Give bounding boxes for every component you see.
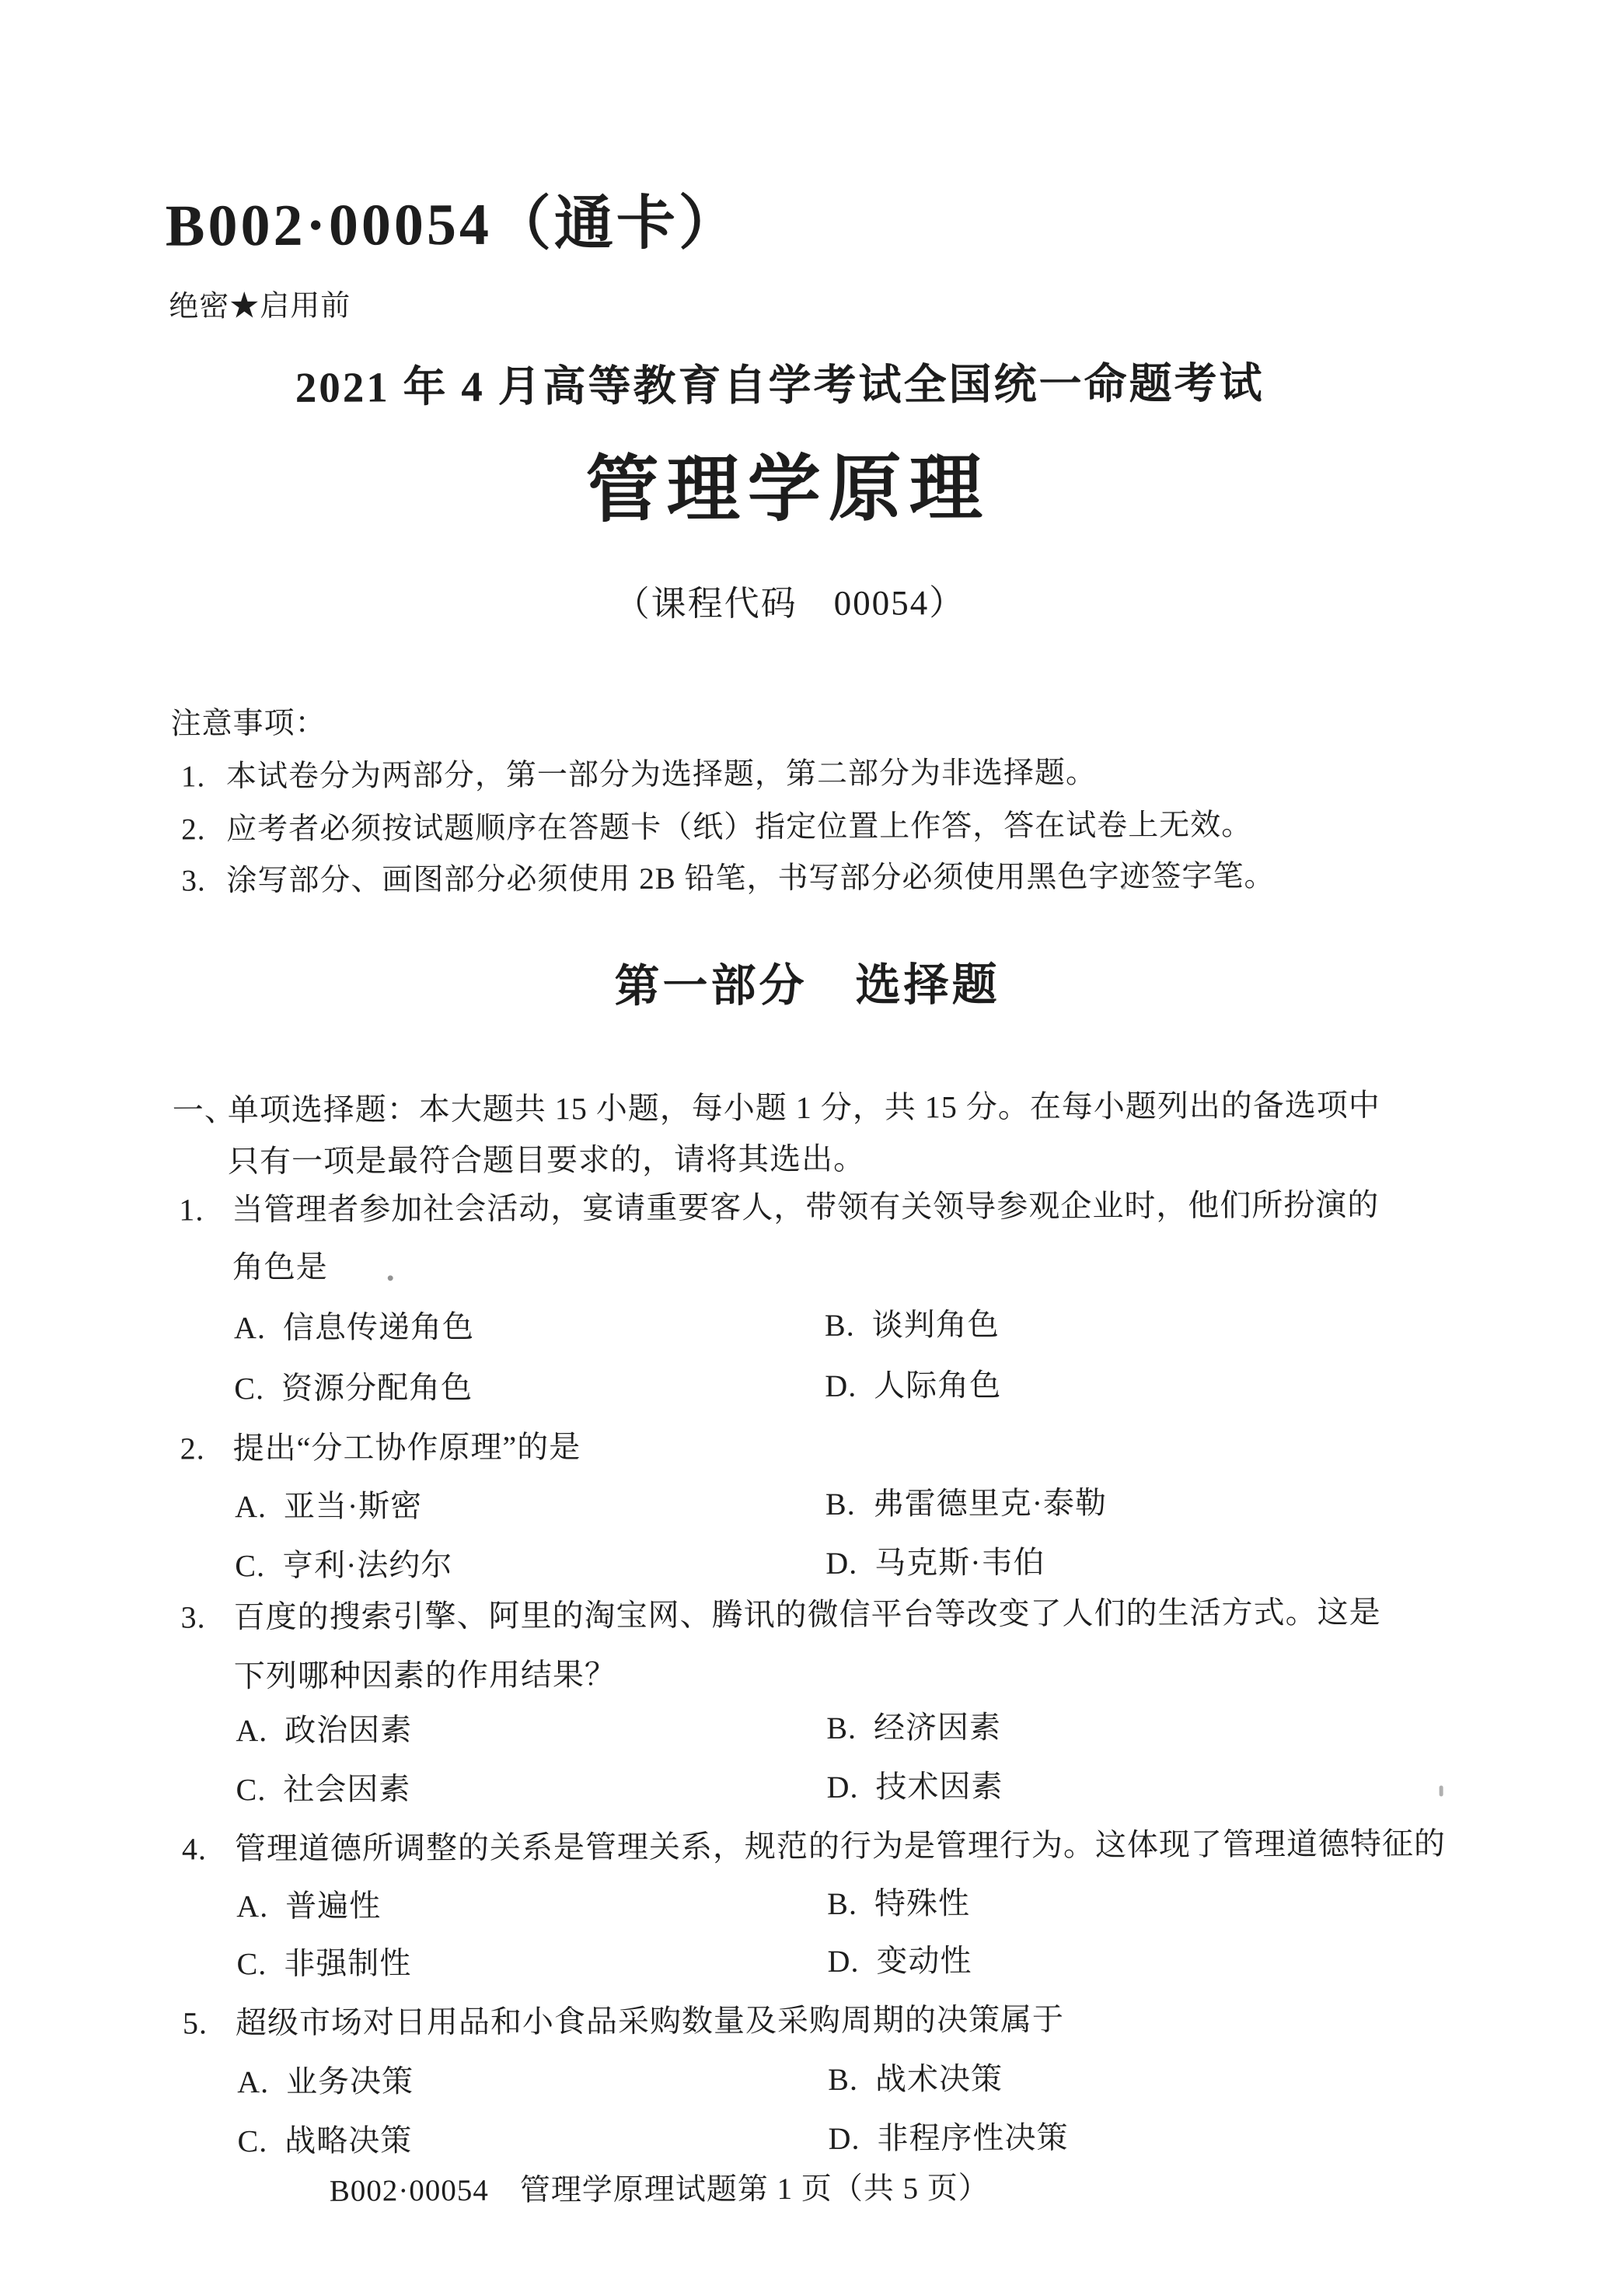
option-label: D. xyxy=(826,1770,858,1805)
scanned-sheet: B002·00054（通卡） 绝密★启用前 2021 年 4 月高等教育自学考试… xyxy=(0,0,1616,2296)
option-text: 变动性 xyxy=(876,1943,972,1979)
notice-heading: 注意事项： xyxy=(171,705,326,744)
option-text: 战术决策 xyxy=(875,2061,1003,2097)
option-label: A. xyxy=(236,1713,267,1748)
option-d: D.非程序性决策 xyxy=(828,2119,1068,2158)
option-label: A. xyxy=(236,1889,268,1924)
option-a: A.普遍性 xyxy=(236,1886,381,1926)
option-text: 政治因素 xyxy=(284,1712,412,1748)
question-number: 4. xyxy=(182,1829,207,1868)
option-label: D. xyxy=(827,1944,859,1979)
section-number: 一、 xyxy=(173,1091,236,1130)
option-label: D. xyxy=(828,2121,860,2156)
option-text: 亨利·法约尔 xyxy=(282,1547,453,1583)
option-text: 经济因素 xyxy=(874,1710,1001,1746)
option-text: 社会因素 xyxy=(283,1771,410,1807)
option-d: D.马克斯·韦伯 xyxy=(825,1543,1045,1583)
question-stem-text: 百度的搜索引擎、阿里的淘宝网、腾讯的微信平台等改变了人们的生活方式。这是 xyxy=(234,1593,1381,1637)
notice-item-text: 应考者必须按试题顺序在答题卡（纸）指定位置上作答，答在试卷上无效。 xyxy=(226,807,1252,850)
option-text: 人际角色 xyxy=(874,1368,1001,1403)
option-text: 特殊性 xyxy=(874,1885,970,1921)
option-c: C.社会因素 xyxy=(236,1770,410,1809)
option-b: B.经济因素 xyxy=(826,1708,1001,1748)
question-number: 5. xyxy=(183,2004,208,2043)
option-a: A.政治因素 xyxy=(236,1711,412,1750)
option-label: C. xyxy=(236,1946,267,1981)
option-a: A.信息传递角色 xyxy=(234,1308,474,1347)
exam-paper-page: B002·00054（通卡） 绝密★启用前 2021 年 4 月高等教育自学考试… xyxy=(0,0,1616,2296)
scan-speckle xyxy=(1122,885,1126,889)
option-b: B.战术决策 xyxy=(828,2060,1003,2099)
option-text: 业务决策 xyxy=(286,2064,414,2099)
page-footer: B002·00054 管理学原理试题第 1 页（共 5 页） xyxy=(330,2170,989,2210)
option-label: C. xyxy=(234,1371,264,1406)
option-text: 非程序性决策 xyxy=(877,2120,1068,2156)
notice-item-text: 涂写部分、画图部分必须使用 2B 铅笔，书写部分必须使用黑色字迹签字笔。 xyxy=(226,858,1275,900)
option-label: C. xyxy=(237,2123,267,2158)
option-c: C.非强制性 xyxy=(236,1944,411,1983)
option-b: B.特殊性 xyxy=(827,1884,970,1924)
section-intro-text: 单项选择题：本大题共 15 小题，每小题 1 分，共 15 分。在每小题列出的备… xyxy=(228,1086,1380,1130)
option-label: B. xyxy=(827,1886,857,1921)
option-c: C.战略决策 xyxy=(237,2121,412,2161)
option-text: 信息传递角色 xyxy=(283,1309,474,1345)
question-stem-text: 下列哪种因素的作用结果？ xyxy=(234,1655,616,1696)
option-a: A.业务决策 xyxy=(237,2062,414,2102)
question-stem-text: 管理道德所调整的关系是管理关系，规范的行为是管理行为。这体现了管理道德特征的 xyxy=(235,1824,1446,1868)
scan-speckle xyxy=(1440,1785,1443,1796)
option-label: C. xyxy=(236,1772,266,1807)
option-label: D. xyxy=(825,1546,857,1581)
option-text: 亚当·斯密 xyxy=(284,1488,423,1524)
option-label: B. xyxy=(825,1487,856,1522)
option-label: B. xyxy=(828,2062,858,2097)
option-label: A. xyxy=(234,1310,266,1345)
question-number: 3. xyxy=(181,1598,206,1637)
option-text: 弗雷德里克·泰勒 xyxy=(873,1485,1108,1521)
option-b: B.谈判角色 xyxy=(825,1305,1000,1345)
option-text: 技术因素 xyxy=(875,1769,1003,1805)
option-text: 资源分配角色 xyxy=(281,1370,473,1406)
option-text: 马克斯·韦伯 xyxy=(874,1545,1045,1581)
section-intro-text: 只有一项是最符合题目要求的，请将其选出。 xyxy=(228,1140,865,1182)
exam-session-title: 2021 年 4 月高等教育自学考试全国统一命题考试 xyxy=(0,356,1588,417)
question-stem-text: 超级市场对日用品和小食品采购数量及采购周期的决策属于 xyxy=(236,2001,1064,2043)
option-text: 非强制性 xyxy=(284,1945,411,1981)
scan-speckle xyxy=(388,1275,393,1281)
option-d: D.人际角色 xyxy=(825,1366,1001,1406)
option-label: B. xyxy=(826,1711,857,1746)
question-number: 2. xyxy=(180,1429,205,1468)
notice-item-number: 2. xyxy=(181,811,205,849)
option-label: C. xyxy=(235,1548,265,1583)
option-label: B. xyxy=(825,1308,855,1343)
question-number: 1. xyxy=(179,1190,204,1229)
exam-subject-title: 管理学原理 xyxy=(0,442,1597,540)
notice-item-text: 本试卷分为两部分，第一部分为选择题，第二部分为非选择题。 xyxy=(226,754,1097,796)
option-d: D.技术因素 xyxy=(826,1767,1003,1807)
option-label: D. xyxy=(825,1368,857,1403)
option-label: A. xyxy=(237,2064,269,2099)
option-text: 谈判角色 xyxy=(872,1307,1000,1343)
part-one-heading: 第一部分 选择题 xyxy=(0,954,1615,1018)
question-stem-text: 当管理者参加社会活动，宴请重要客人，带领有关领导参观企业时，他们所扮演的 xyxy=(232,1186,1379,1229)
option-label: A. xyxy=(235,1489,267,1524)
course-code: （课程代码 00054） xyxy=(0,578,1598,629)
option-c: C.资源分配角色 xyxy=(234,1368,473,1408)
option-text: 战略决策 xyxy=(284,2123,412,2158)
option-text: 普遍性 xyxy=(285,1888,381,1924)
option-a: A.亚当·斯密 xyxy=(235,1487,422,1526)
option-c: C.亨利·法约尔 xyxy=(235,1546,452,1585)
notice-item-number: 3. xyxy=(181,862,205,900)
security-notice: 绝密★启用前 xyxy=(169,288,351,327)
question-stem-text: 角色是 xyxy=(232,1248,328,1288)
notice-item-number: 1. xyxy=(181,758,205,796)
option-b: B.弗雷德里克·泰勒 xyxy=(825,1483,1107,1524)
booklet-code: B002·00054（通卡） xyxy=(166,187,741,263)
option-d: D.变动性 xyxy=(827,1941,972,1981)
question-stem-text: 提出“分工协作原理”的是 xyxy=(233,1428,581,1468)
